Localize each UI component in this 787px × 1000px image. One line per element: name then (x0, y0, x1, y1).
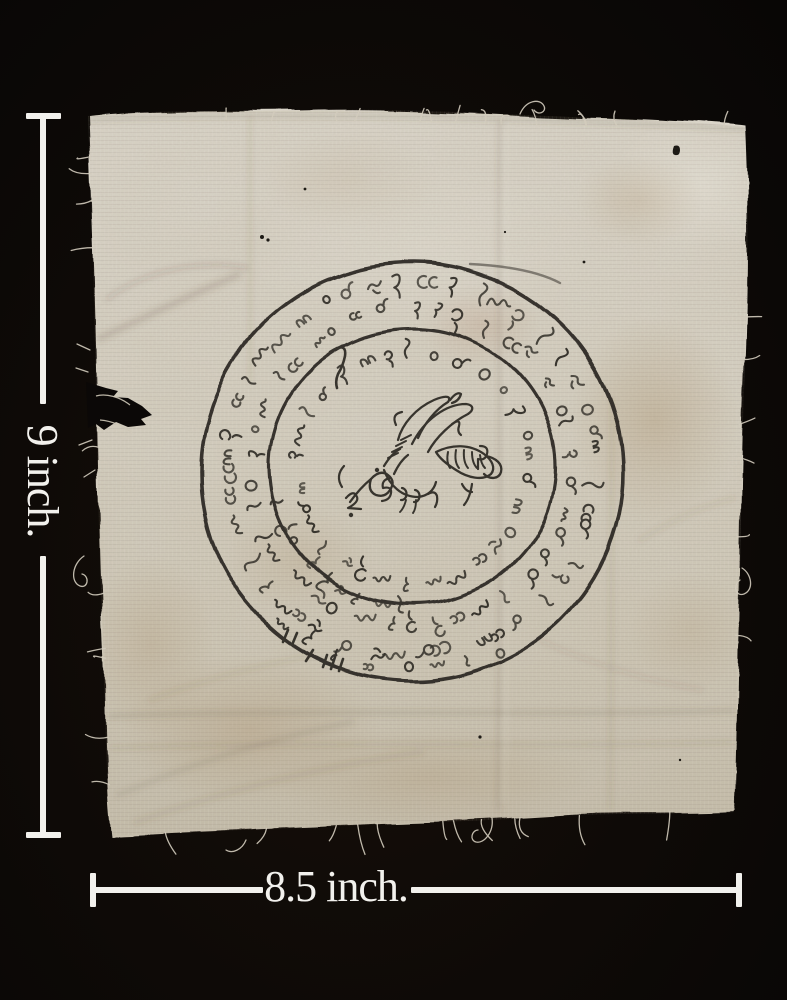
talisman-cloth (80, 100, 787, 845)
bird-eye (375, 468, 379, 472)
width-dimension-label: 8.5 inch. (226, 861, 446, 911)
artifact-photo (0, 0, 787, 1000)
height-dimension-line-lower (40, 556, 46, 838)
height-dimension-bottom-cap (26, 832, 61, 838)
photograph-stage: 9 inch. 8.5 inch. (0, 0, 787, 1000)
height-dimension-label: 9 inch. (18, 381, 68, 581)
width-dimension-line-right (411, 887, 739, 893)
cloth-texture (80, 100, 787, 845)
width-dimension-right-cap (736, 873, 742, 907)
height-dimension-line-upper (40, 113, 46, 404)
